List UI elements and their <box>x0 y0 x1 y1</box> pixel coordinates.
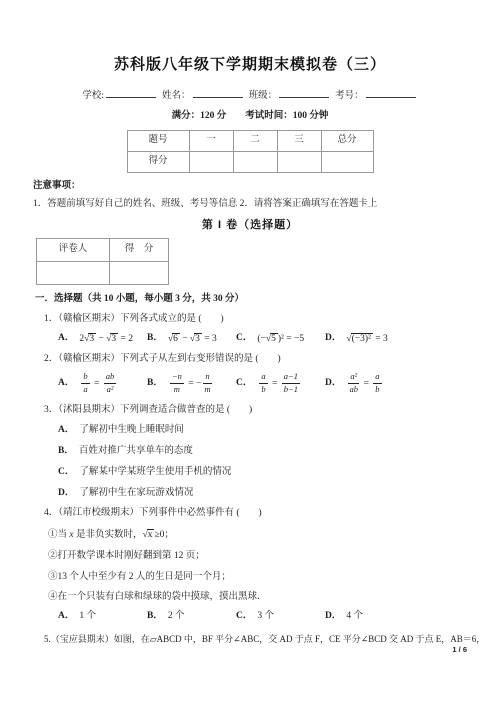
q2-option-b-label: B． <box>147 378 163 390</box>
q4-option-d-label: D． <box>325 611 341 623</box>
exam-page: 苏科版八年级下学期期末模拟卷（三） 学校:姓名：班级：考号： 满分：120 分 … <box>0 56 500 645</box>
class-label: 班级： <box>249 91 278 101</box>
q2-option-d-expression: a²ab = ab <box>346 372 383 395</box>
q4-item-1: ①当 x 是非负实数时，√x≥0； <box>48 529 467 542</box>
question-4-stem: 4．（靖江市校级期末）下列事件中必然事件有 ( ) <box>44 508 467 520</box>
q3-option-a-text: 了解初中生晚上睡眠时间 <box>79 425 184 435</box>
question-1-options: A．2√3 − √3 = 2 B．√6 − √3 = 3 C．(−√5)² = … <box>58 333 467 346</box>
q1-option-a-expression: 2√3 − √3 = 2 <box>79 333 133 346</box>
q2-option-c: C．ab = a−1b−1 <box>236 372 325 395</box>
q3-option-c-text: 了解某中学某班学生使用手机的情况 <box>79 467 231 477</box>
notice-heading: 注意事项： <box>33 181 467 193</box>
q2-option-d: D．a²ab = ab <box>325 372 384 395</box>
q1-option-c-expression: (−√5)² = −5 <box>257 333 304 346</box>
question-1-stem: 1．（赣榆区期末）下列各式成立的是 ( ) <box>44 314 467 326</box>
grader-cell-2 <box>110 262 169 285</box>
q3-option-b-text: 百姓对推广共享单车的态度 <box>79 446 193 456</box>
score-header-part3: 三 <box>277 130 321 151</box>
q4-option-b-label: B． <box>147 611 163 623</box>
q3-option-d: D．了解初中生在家玩游戏情况 <box>58 488 467 500</box>
q3-option-b: B．百姓对推广共享单车的态度 <box>58 446 467 458</box>
q4-item-4: ④在一个只装有白球和绿球的袋中摸球，摸出黑球． <box>48 592 467 604</box>
q3-option-a: A．了解初中生晚上睡眠时间 <box>58 425 467 437</box>
q4-item-3: ③13 个人中至少有 2 人的生日是同一个月； <box>48 572 467 584</box>
grader-label: 评卷人 <box>37 239 110 262</box>
q1-option-a-label: A． <box>58 333 74 345</box>
question-2-options: A．ba = aba² B．−nm = −nm C．ab = a−1b−1 D．… <box>58 371 467 397</box>
score-header-number: 题号 <box>127 130 189 151</box>
score-cell-part2 <box>233 151 277 172</box>
grader-header-row: 评卷人 得 分 <box>37 239 169 262</box>
class-blank <box>279 88 329 98</box>
q4-option-b-text: 2 个 <box>168 611 185 623</box>
grader-empty-row <box>37 262 169 285</box>
exam-no-blank <box>366 88 416 98</box>
question-3-stem: 3．（沭阳县期末）下列调查适合做普查的是 ( ) <box>44 405 467 417</box>
student-info-line: 学校:姓名：班级：考号： <box>33 88 467 103</box>
q1-option-b-expression: √6 − √3 = 3 <box>168 333 217 346</box>
q2-option-c-label: C． <box>236 378 252 390</box>
q1-option-d: D．√(−3)² = 3 <box>325 333 388 346</box>
q3-option-a-label: A． <box>58 425 74 435</box>
q4-option-a: A．1 个 <box>58 611 147 623</box>
q2-option-b: B．−nm = −nm <box>147 372 236 395</box>
q4-option-c-label: C． <box>236 611 252 623</box>
score-table: 题号 一 二 三 总分 得分 <box>127 130 374 173</box>
q1-option-c-label: C． <box>236 333 252 345</box>
exam-title: 苏科版八年级下学期期末模拟卷（三） <box>33 56 467 75</box>
section1-title: 第 I 卷（选择题） <box>33 219 467 233</box>
score-cell-part3 <box>277 151 321 172</box>
name-label: 姓名： <box>162 91 191 101</box>
score-header-part2: 二 <box>233 130 277 151</box>
score-cell-total <box>321 151 373 172</box>
q2-option-c-expression: ab = a−1b−1 <box>257 372 302 395</box>
question-5-stem: 5.（宝应县期末）如图，在▱ABCD 中，BF 平分∠ABC，交 AD 于点 F… <box>44 634 467 645</box>
question-4-options: A．1 个 B．2 个 C．3 个 D．4 个 <box>58 611 467 623</box>
exam-no-label: 考号： <box>335 91 364 101</box>
q3-option-b-label: B． <box>58 446 74 456</box>
score-header-total: 总分 <box>321 130 373 151</box>
q4-option-c: C．3 个 <box>236 611 325 623</box>
q3-option-c-label: C． <box>58 467 74 477</box>
q3-option-d-text: 了解初中生在家玩游戏情况 <box>79 488 193 498</box>
score-table-score-row: 得分 <box>127 151 373 172</box>
q4-option-d: D．4 个 <box>325 611 363 623</box>
q4-option-a-text: 1 个 <box>79 611 96 623</box>
q1-option-d-label: D． <box>325 333 341 345</box>
score-row-label: 得分 <box>127 151 189 172</box>
part1-heading: 一．选择题（共 10 小题，每小题 3 分，共 30 分） <box>35 294 467 306</box>
q2-option-a: A．ba = aba² <box>58 372 147 395</box>
q4-option-b: B．2 个 <box>147 611 236 623</box>
q1-option-d-expression: √(−3)² = 3 <box>346 333 387 346</box>
q4-option-a-label: A． <box>58 611 74 623</box>
q3-option-d-label: D． <box>58 488 74 498</box>
q2-option-a-expression: ba = aba² <box>79 372 118 395</box>
school-label: 学校: <box>82 91 104 101</box>
exam-meta-line: 满分：120 分 考试时间：100 分钟 <box>33 111 467 123</box>
q4-option-c-text: 3 个 <box>257 611 274 623</box>
grader-table: 评卷人 得 分 <box>36 238 169 285</box>
score-header-part1: 一 <box>189 130 233 151</box>
q1-option-b-label: B． <box>147 333 163 345</box>
grader-cell-1 <box>37 262 110 285</box>
score-table-header-row: 题号 一 二 三 总分 <box>127 130 373 151</box>
q3-option-c: C．了解某中学某班学生使用手机的情况 <box>58 467 467 479</box>
q1-option-b: B．√6 − √3 = 3 <box>147 333 236 346</box>
name-blank <box>193 88 243 98</box>
school-blank <box>106 88 156 98</box>
notice-line: 1．答题前填写好自己的姓名、班级、考号等信息 2．请将答案正确填写在答题卡上 <box>33 199 467 211</box>
q2-option-b-expression: −nm = −nm <box>168 372 214 395</box>
q4-item-2: ②打开数学课本时刚好翻到第 12 页； <box>48 551 467 563</box>
q1-option-a: A．2√3 − √3 = 2 <box>58 333 147 346</box>
q4-option-d-text: 4 个 <box>346 611 363 623</box>
grader-score-label: 得 分 <box>110 239 169 262</box>
score-cell-part1 <box>189 151 233 172</box>
q1-option-c: C．(−√5)² = −5 <box>236 333 325 346</box>
question-2-stem: 2．（赣榆区期末）下列式子从左到右变形错误的是 ( ) <box>44 354 467 366</box>
page-number: 1 / 6 <box>452 645 467 654</box>
q2-option-d-label: D． <box>325 378 341 390</box>
q2-option-a-label: A． <box>58 378 74 390</box>
